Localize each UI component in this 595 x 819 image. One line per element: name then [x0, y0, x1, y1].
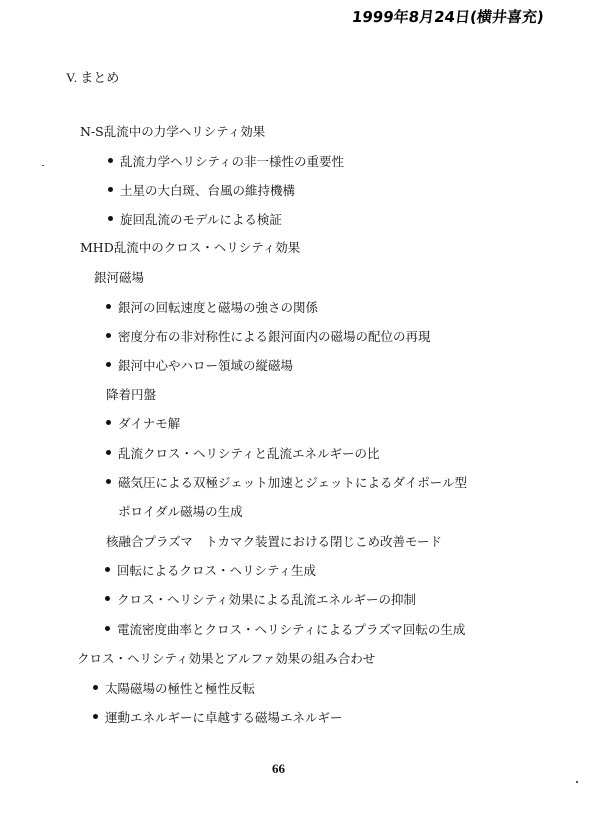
outline-item: 旋回乱流のモデルによる検証: [108, 212, 282, 228]
bullet-icon: [108, 216, 113, 221]
outline-heading-mhd-turbulence: MHD乱流中のクロス・ヘリシティ効果: [80, 240, 300, 256]
outline-item: 乱流クロス・ヘリシティと乱流エネルギーの比: [106, 446, 380, 462]
outline-text: 核融合プラズマ トカマク装置における閉じこめ改善モード: [106, 534, 442, 549]
outline-text: 銀河の回転速度と磁場の強さの関係: [118, 300, 318, 315]
outline-item: 運動エネルギーに卓越する磁場エネルギー: [93, 710, 343, 726]
outline-text: 旋回乱流のモデルによる検証: [120, 212, 282, 227]
outline-subheading-fusion-plasma: 核融合プラズマ トカマク装置における閉じこめ改善モード: [106, 534, 442, 550]
bullet-icon: [108, 158, 113, 163]
bullet-icon: [106, 420, 111, 425]
bullet-icon: [105, 596, 110, 601]
bullet-icon: [106, 304, 111, 309]
outline-text: 磁気圧による双極ジェット加速とジェットによるダイポール型: [118, 475, 467, 490]
outline-text: 太陽磁場の極性と極性反転: [105, 681, 255, 696]
handwritten-date-annotation: 1999年8月24日(横井喜充): [351, 6, 545, 27]
outline-text: 回転によるクロス・ヘリシティ生成: [117, 563, 316, 578]
outline-text: 電流密度曲率とクロス・ヘリシティによるプラズマ回転の生成: [117, 622, 465, 637]
outline-text: ダイナモ解: [118, 416, 180, 431]
bullet-icon: [108, 187, 113, 192]
outline-text: 土星の大白斑、台風の維持機構: [120, 183, 295, 198]
bullet-icon: [93, 685, 98, 690]
page-number: 66: [272, 761, 285, 777]
bullet-icon: [106, 450, 111, 455]
bullet-icon: [105, 567, 110, 572]
outline-item: 銀河中心やハロー領域の縦磁場: [106, 358, 293, 374]
outline-continuation: ポロイダル磁場の生成: [118, 504, 243, 520]
outline-text: クロス・ヘリシティ効果とアルファ効果の組み合わせ: [77, 651, 375, 666]
scan-speck: [576, 781, 578, 783]
outline-item: 太陽磁場の極性と極性反転: [93, 681, 255, 697]
section-title-text: V. まとめ: [66, 70, 119, 85]
outline-heading-ns-turbulence: N-S乱流中の力学ヘリシティ効果: [80, 124, 265, 140]
outline-text: クロス・ヘリシティ効果による乱流エネルギーの抑制: [117, 592, 416, 607]
outline-item: 磁気圧による双極ジェット加速とジェットによるダイポール型: [106, 475, 467, 491]
section-title: V. まとめ: [66, 67, 119, 86]
bullet-icon: [106, 362, 111, 367]
outline-text: MHD乱流中のクロス・ヘリシティ効果: [80, 240, 300, 255]
outline-item: ダイナモ解: [106, 416, 180, 432]
outline-subheading-galactic-field: 銀河磁場: [94, 270, 144, 286]
outline-text: 銀河中心やハロー領域の縦磁場: [118, 358, 293, 373]
outline-text: 運動エネルギーに卓越する磁場エネルギー: [105, 710, 343, 725]
outline-text: 銀河磁場: [94, 270, 144, 285]
outline-item: 乱流力学ヘリシティの非一様性の重要性: [108, 154, 344, 170]
outline-text: ポロイダル磁場の生成: [118, 504, 243, 519]
outline-item: 土星の大白斑、台風の維持機構: [108, 183, 295, 199]
bullet-icon: [106, 479, 111, 484]
outline-item: 銀河の回転速度と磁場の強さの関係: [106, 300, 318, 316]
outline-item: 密度分布の非対称性による銀河面内の磁場の配位の再現: [106, 329, 431, 345]
bullet-icon: [106, 333, 111, 338]
scan-speck: [42, 165, 44, 166]
bullet-icon: [93, 714, 98, 719]
outline-text: N-S乱流中の力学ヘリシティ効果: [80, 124, 265, 139]
outline-item: 回転によるクロス・ヘリシティ生成: [105, 563, 316, 579]
outline-text: 乱流力学ヘリシティの非一様性の重要性: [120, 154, 344, 169]
outline-text: 降着円盤: [106, 387, 156, 402]
outline-item: 電流密度曲率とクロス・ヘリシティによるプラズマ回転の生成: [105, 622, 465, 638]
outline-text: 乱流クロス・ヘリシティと乱流エネルギーの比: [118, 446, 380, 461]
outline-item: クロス・ヘリシティ効果による乱流エネルギーの抑制: [105, 592, 416, 608]
outline-heading-combined-effect: クロス・ヘリシティ効果とアルファ効果の組み合わせ: [77, 651, 375, 667]
bullet-icon: [105, 626, 110, 631]
outline-text: 密度分布の非対称性による銀河面内の磁場の配位の再現: [118, 329, 431, 344]
outline-subheading-accretion-disk: 降着円盤: [106, 387, 156, 403]
